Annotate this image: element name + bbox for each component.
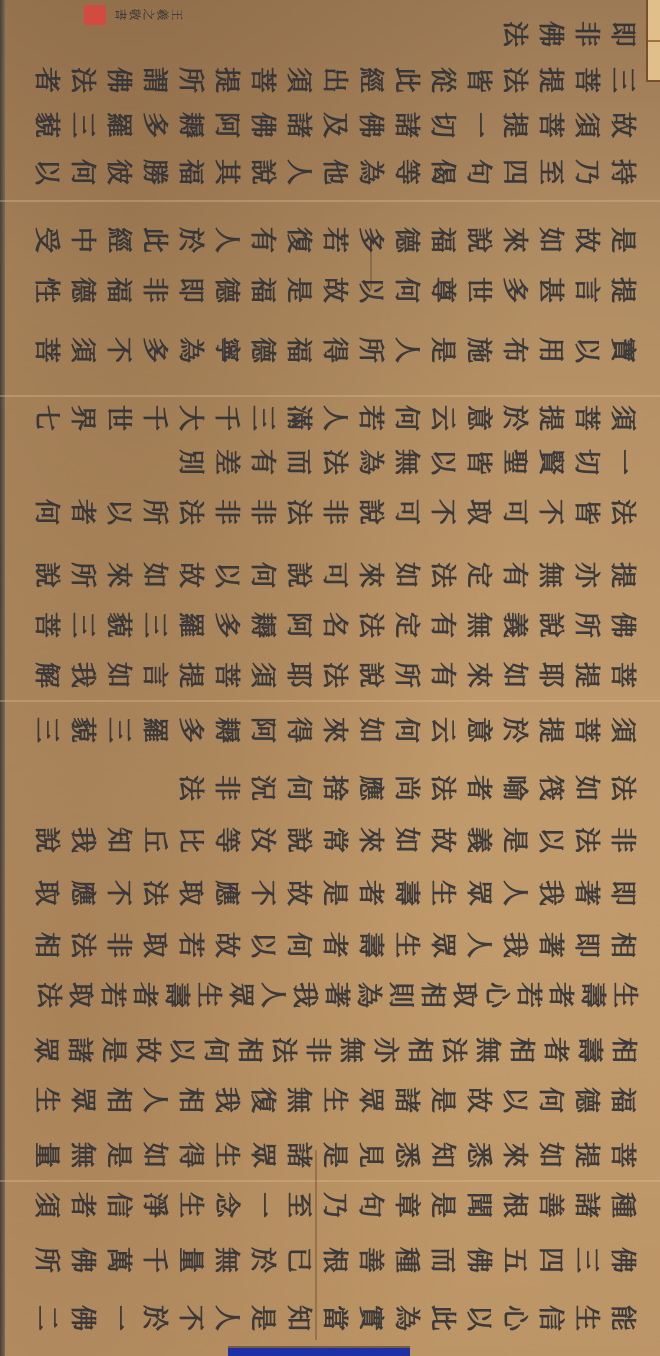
glyph: 菩 <box>568 712 604 748</box>
glyph: 故 <box>568 222 604 258</box>
glyph: 何 <box>388 400 424 436</box>
glyph: 故 <box>604 107 640 143</box>
glyph: 法 <box>424 557 460 593</box>
glyph: 眾 <box>424 927 460 963</box>
glyph: 無 <box>469 1033 505 1067</box>
glyph: 耨 <box>172 107 208 143</box>
glyph: 一 <box>604 444 640 480</box>
text-column: 是故如來說福德多若復有人於此經中受 <box>28 220 640 260</box>
glyph: 法 <box>568 822 604 858</box>
glyph: 於 <box>496 400 532 436</box>
glyph: 無 <box>280 1082 316 1118</box>
text-column: 持乃至四句偈等為他人說其福勝彼何以 <box>28 152 640 192</box>
glyph: 提 <box>568 657 604 693</box>
glyph: 而 <box>424 1242 460 1278</box>
glyph: 耨 <box>244 607 280 643</box>
glyph: 出 <box>316 62 352 98</box>
glyph: 等 <box>388 154 424 190</box>
glyph: 如 <box>100 657 136 693</box>
glyph: 一 <box>100 1300 136 1336</box>
glyph: 何 <box>388 272 424 308</box>
glyph: 性 <box>28 272 64 308</box>
glyph: 法 <box>316 657 352 693</box>
glyph: 來 <box>496 1137 532 1173</box>
glyph: 三 <box>100 712 136 748</box>
glyph: 持 <box>604 154 640 190</box>
glyph: 來 <box>100 557 136 593</box>
glyph: 眾 <box>460 875 496 911</box>
glyph: 說 <box>244 154 280 190</box>
glyph: 菩 <box>28 607 64 643</box>
glyph: 須 <box>28 1187 64 1223</box>
glyph: 菩 <box>568 62 604 98</box>
glyph: 常 <box>316 822 352 858</box>
glyph: 非 <box>299 1033 335 1067</box>
glyph: 即 <box>172 272 208 308</box>
glyph: 以 <box>100 494 136 530</box>
glyph: 者 <box>460 770 496 806</box>
glyph: 生 <box>388 927 424 963</box>
glyph: 得 <box>316 332 352 368</box>
glyph: 彼 <box>100 154 136 190</box>
glyph: 滿 <box>280 400 316 436</box>
glyph: 經 <box>352 62 388 98</box>
glyph: 乃 <box>568 154 604 190</box>
glyph: 此 <box>136 222 172 258</box>
glyph: 經 <box>100 222 136 258</box>
glyph: 別 <box>172 444 208 480</box>
glyph: 壽 <box>352 927 388 963</box>
glyph: 等 <box>208 822 244 858</box>
glyph: 菩 <box>208 657 244 693</box>
glyph: 來 <box>496 222 532 258</box>
glyph: 人 <box>496 875 532 911</box>
glyph: 相 <box>28 927 64 963</box>
glyph: 施 <box>460 332 496 368</box>
glyph: 取 <box>446 979 482 1011</box>
glyph: 相 <box>414 979 450 1011</box>
glyph: 我 <box>64 657 100 693</box>
glyph: 我 <box>208 1082 244 1118</box>
glyph: 非 <box>136 272 172 308</box>
glyph: 諸 <box>388 1082 424 1118</box>
glyph: 生 <box>316 1082 352 1118</box>
glyph: 故 <box>316 272 352 308</box>
glyph: 藐 <box>64 712 100 748</box>
glyph: 來 <box>352 822 388 858</box>
glyph: 非 <box>244 494 280 530</box>
glyph: 提 <box>208 62 244 98</box>
glyph: 生 <box>190 979 226 1011</box>
glyph: 四 <box>496 154 532 190</box>
glyph: 非 <box>604 822 640 858</box>
glyph: 復 <box>244 1082 280 1118</box>
glyph: 福 <box>280 332 316 368</box>
glyph: 千 <box>136 1242 172 1278</box>
glyph: 何 <box>388 712 424 748</box>
glyph: 三 <box>604 62 640 98</box>
glyph: 我 <box>496 927 532 963</box>
glyph: 二 <box>28 1300 64 1336</box>
glyph: 及 <box>316 107 352 143</box>
glyph: 法 <box>496 62 532 98</box>
glyph: 名 <box>316 607 352 643</box>
glyph: 千 <box>136 400 172 436</box>
glyph: 相 <box>401 1033 437 1067</box>
glyph: 提 <box>532 62 568 98</box>
text-column: 提亦無有定法如來可說何以故如來所說 <box>28 555 640 595</box>
glyph: 為 <box>352 154 388 190</box>
glyph: 眾 <box>222 979 258 1011</box>
glyph: 種 <box>604 1187 640 1223</box>
glyph: 布 <box>496 332 532 368</box>
glyph: 我 <box>286 979 322 1011</box>
glyph: 諸 <box>568 1187 604 1223</box>
blue-mount-strip <box>228 1346 410 1356</box>
glyph: 見 <box>352 1137 388 1173</box>
glyph: 為 <box>352 444 388 480</box>
glyph: 所 <box>28 1242 64 1278</box>
glyph: 者 <box>542 979 578 1011</box>
glyph: 佛 <box>532 16 568 52</box>
glyph: 何 <box>197 1033 233 1067</box>
glyph: 義 <box>496 607 532 643</box>
glyph: 量 <box>172 1242 208 1278</box>
glyph: 當 <box>316 1300 352 1336</box>
glyph: 若 <box>94 979 130 1011</box>
glyph: 生 <box>606 979 642 1011</box>
glyph: 壽 <box>388 875 424 911</box>
glyph: 何 <box>28 494 64 530</box>
glyph: 是 <box>604 222 640 258</box>
glyph: 眾 <box>64 1082 100 1118</box>
glyph: 提 <box>604 272 640 308</box>
glyph: 句 <box>460 154 496 190</box>
glyph: 眾 <box>27 1033 63 1067</box>
glyph: 言 <box>568 272 604 308</box>
glyph: 人 <box>388 332 424 368</box>
glyph: 筏 <box>532 770 568 806</box>
glyph: 而 <box>280 444 316 480</box>
scroll-left-edge <box>0 0 5 1356</box>
glyph: 用 <box>532 332 568 368</box>
glyph: 生 <box>424 875 460 911</box>
glyph: 是 <box>316 875 352 911</box>
glyph: 是 <box>316 1137 352 1173</box>
glyph: 應 <box>64 875 100 911</box>
glyph: 界 <box>64 400 100 436</box>
glyph: 千 <box>208 400 244 436</box>
glyph: 信 <box>532 1300 568 1336</box>
glyph: 壽 <box>158 979 194 1011</box>
text-column: 即著我人眾生壽者是故不應取法不應取 <box>28 873 640 913</box>
glyph: 何 <box>244 557 280 593</box>
glyph: 丘 <box>136 822 172 858</box>
glyph: 取 <box>136 927 172 963</box>
glyph: 以 <box>352 272 388 308</box>
paper-fold <box>0 395 660 397</box>
glyph: 人 <box>208 1300 244 1336</box>
glyph: 生 <box>28 1082 64 1118</box>
glyph: 壽 <box>571 1033 607 1067</box>
glyph: 義 <box>460 822 496 858</box>
text-column: 福德何以故是諸眾生無復我相人相眾生 <box>28 1080 640 1120</box>
glyph: 多 <box>496 272 532 308</box>
glyph: 以 <box>163 1033 199 1067</box>
glyph: 生 <box>208 1137 244 1173</box>
glyph: 佛 <box>352 107 388 143</box>
glyph: 信 <box>100 1187 136 1223</box>
glyph: 說 <box>28 822 64 858</box>
glyph: 章 <box>388 1187 424 1223</box>
text-column: 即非佛法 <box>28 14 640 54</box>
glyph: 耨 <box>208 712 244 748</box>
glyph: 非 <box>568 16 604 52</box>
glyph: 有 <box>496 557 532 593</box>
glyph: 言 <box>136 657 172 693</box>
glyph: 亦 <box>367 1033 403 1067</box>
glyph: 法 <box>435 1033 471 1067</box>
glyph: 無 <box>388 444 424 480</box>
glyph: 切 <box>424 107 460 143</box>
glyph: 無 <box>333 1033 369 1067</box>
glyph: 法 <box>172 770 208 806</box>
glyph: 諸 <box>61 1033 97 1067</box>
glyph: 取 <box>460 494 496 530</box>
glyph: 勝 <box>136 154 172 190</box>
glyph: 如 <box>136 557 172 593</box>
glyph: 福 <box>172 154 208 190</box>
glyph: 應 <box>208 875 244 911</box>
glyph: 不 <box>172 1300 208 1336</box>
glyph: 故 <box>424 822 460 858</box>
glyph: 三 <box>568 1242 604 1278</box>
glyph: 來 <box>352 557 388 593</box>
glyph: 相 <box>231 1033 267 1067</box>
glyph: 寧 <box>208 332 244 368</box>
glyph: 不 <box>100 875 136 911</box>
glyph: 如 <box>532 1137 568 1173</box>
text-column: 菩提耶如來有所說法耶須菩提言如我解 <box>28 655 640 695</box>
glyph: 有 <box>244 444 280 480</box>
glyph: 福 <box>424 222 460 258</box>
glyph: 以 <box>496 1082 532 1118</box>
glyph: 一 <box>460 107 496 143</box>
glyph: 提 <box>568 1137 604 1173</box>
glyph: 無 <box>460 607 496 643</box>
glyph: 以 <box>460 1300 496 1336</box>
text-column: 須菩提於意云何如來得阿耨多羅三藐三 <box>28 710 640 750</box>
glyph: 如 <box>532 222 568 258</box>
glyph: 諸 <box>388 107 424 143</box>
glyph: 阿 <box>208 107 244 143</box>
glyph: 福 <box>604 1082 640 1118</box>
glyph: 尚 <box>388 770 424 806</box>
glyph: 提 <box>172 657 208 693</box>
glyph: 者 <box>316 927 352 963</box>
glyph: 多 <box>172 712 208 748</box>
glyph: 耶 <box>280 657 316 693</box>
glyph: 法 <box>604 494 640 530</box>
mount-tab <box>646 0 660 82</box>
glyph: 是 <box>244 1300 280 1336</box>
glyph: 甚 <box>532 272 568 308</box>
paper-fold <box>0 1180 660 1182</box>
glyph: 生 <box>568 1300 604 1336</box>
glyph: 人 <box>136 1082 172 1118</box>
glyph: 說 <box>280 557 316 593</box>
glyph: 皆 <box>460 62 496 98</box>
glyph: 即 <box>604 16 640 52</box>
glyph: 切 <box>568 444 604 480</box>
text-column: 法如筏喻者法尚應捨何況非法 <box>28 768 640 808</box>
glyph: 以 <box>28 154 64 190</box>
glyph: 我 <box>64 822 100 858</box>
glyph: 德 <box>64 272 100 308</box>
glyph: 於 <box>136 1300 172 1336</box>
glyph: 若 <box>352 400 388 436</box>
glyph: 是 <box>496 822 532 858</box>
glyph: 說 <box>460 222 496 258</box>
glyph: 是 <box>424 1082 460 1118</box>
glyph: 以 <box>568 332 604 368</box>
glyph: 福 <box>100 272 136 308</box>
glyph: 耶 <box>532 657 568 693</box>
glyph: 須 <box>64 332 100 368</box>
glyph: 法 <box>30 979 66 1011</box>
glyph: 如 <box>496 657 532 693</box>
glyph: 法 <box>64 927 100 963</box>
glyph: 解 <box>28 657 64 693</box>
glyph: 說 <box>352 494 388 530</box>
glyph: 說 <box>28 557 64 593</box>
glyph: 生 <box>172 1187 208 1223</box>
glyph: 以 <box>424 444 460 480</box>
glyph: 汝 <box>244 822 280 858</box>
glyph: 取 <box>172 875 208 911</box>
glyph: 無 <box>64 1137 100 1173</box>
glyph: 念 <box>208 1187 244 1223</box>
glyph: 者 <box>537 1033 573 1067</box>
glyph: 即 <box>568 927 604 963</box>
glyph: 七 <box>28 400 64 436</box>
glyph: 取 <box>28 875 64 911</box>
glyph: 於 <box>172 222 208 258</box>
glyph: 人 <box>280 154 316 190</box>
glyph: 不 <box>244 875 280 911</box>
glyph: 德 <box>568 1082 604 1118</box>
glyph: 世 <box>460 272 496 308</box>
glyph: 尊 <box>424 272 460 308</box>
glyph: 至 <box>532 154 568 190</box>
glyph: 著 <box>568 875 604 911</box>
glyph: 於 <box>496 712 532 748</box>
glyph: 應 <box>352 770 388 806</box>
glyph: 悉 <box>388 1137 424 1173</box>
glyph: 提 <box>532 400 568 436</box>
glyph: 故 <box>172 557 208 593</box>
glyph: 賢 <box>532 444 568 480</box>
text-column: 三菩提法皆從此經出須菩提所謂佛法者 <box>28 60 640 100</box>
glyph: 我 <box>532 875 568 911</box>
glyph: 多 <box>208 607 244 643</box>
glyph: 非 <box>100 927 136 963</box>
glyph: 心 <box>496 1300 532 1336</box>
glyph: 所 <box>136 494 172 530</box>
glyph: 法 <box>496 16 532 52</box>
glyph: 多 <box>136 107 172 143</box>
glyph: 如 <box>388 557 424 593</box>
glyph: 何 <box>280 770 316 806</box>
glyph: 著 <box>532 927 568 963</box>
glyph: 差 <box>208 444 244 480</box>
paper-fold <box>0 200 660 202</box>
glyph: 根 <box>496 1187 532 1223</box>
glyph: 復 <box>280 222 316 258</box>
glyph: 謂 <box>136 62 172 98</box>
glyph: 法 <box>172 494 208 530</box>
glyph: 知 <box>424 1137 460 1173</box>
glyph: 知 <box>100 822 136 858</box>
glyph: 是 <box>424 332 460 368</box>
glyph: 須 <box>604 712 640 748</box>
glyph: 阿 <box>244 712 280 748</box>
glyph: 定 <box>388 607 424 643</box>
glyph: 能 <box>604 1300 640 1336</box>
glyph: 說 <box>280 822 316 858</box>
glyph: 相 <box>604 927 640 963</box>
glyph: 所 <box>172 62 208 98</box>
glyph: 非 <box>208 494 244 530</box>
glyph: 壽 <box>574 979 610 1011</box>
glyph: 此 <box>388 62 424 98</box>
glyph: 法 <box>352 607 388 643</box>
glyph: 佛 <box>244 107 280 143</box>
glyph: 如 <box>388 822 424 858</box>
text-column: 法皆不可取不可說非法非非法所以者何 <box>28 492 640 532</box>
glyph: 須 <box>244 657 280 693</box>
glyph: 淨 <box>136 1187 172 1223</box>
glyph: 所 <box>388 657 424 693</box>
glyph: 於 <box>244 1242 280 1278</box>
glyph: 意 <box>460 400 496 436</box>
text-column: 寶以用布施是人所得福德寧為多不須菩 <box>28 330 640 370</box>
glyph: 量 <box>28 1137 64 1173</box>
text-column: 故須菩提一切諸佛及諸佛阿耨多羅三藐 <box>28 105 640 145</box>
glyph: 如 <box>568 770 604 806</box>
glyph: 至 <box>280 1187 316 1223</box>
glyph: 皆 <box>460 444 496 480</box>
glyph: 有 <box>424 607 460 643</box>
glyph: 是 <box>100 1137 136 1173</box>
glyph: 者 <box>64 1187 100 1223</box>
glyph: 多 <box>352 222 388 258</box>
glyph: 法 <box>64 62 100 98</box>
glyph: 若 <box>510 979 546 1011</box>
glyph: 可 <box>316 557 352 593</box>
glyph: 藐 <box>28 107 64 143</box>
glyph: 亦 <box>568 557 604 593</box>
glyph: 有 <box>244 222 280 258</box>
glyph: 所 <box>568 607 604 643</box>
glyph: 羅 <box>100 107 136 143</box>
glyph: 不 <box>532 494 568 530</box>
glyph: 為 <box>388 1300 424 1336</box>
glyph: 知 <box>280 1300 316 1336</box>
glyph: 四 <box>532 1242 568 1278</box>
glyph: 聞 <box>460 1187 496 1223</box>
glyph: 佛 <box>604 607 640 643</box>
